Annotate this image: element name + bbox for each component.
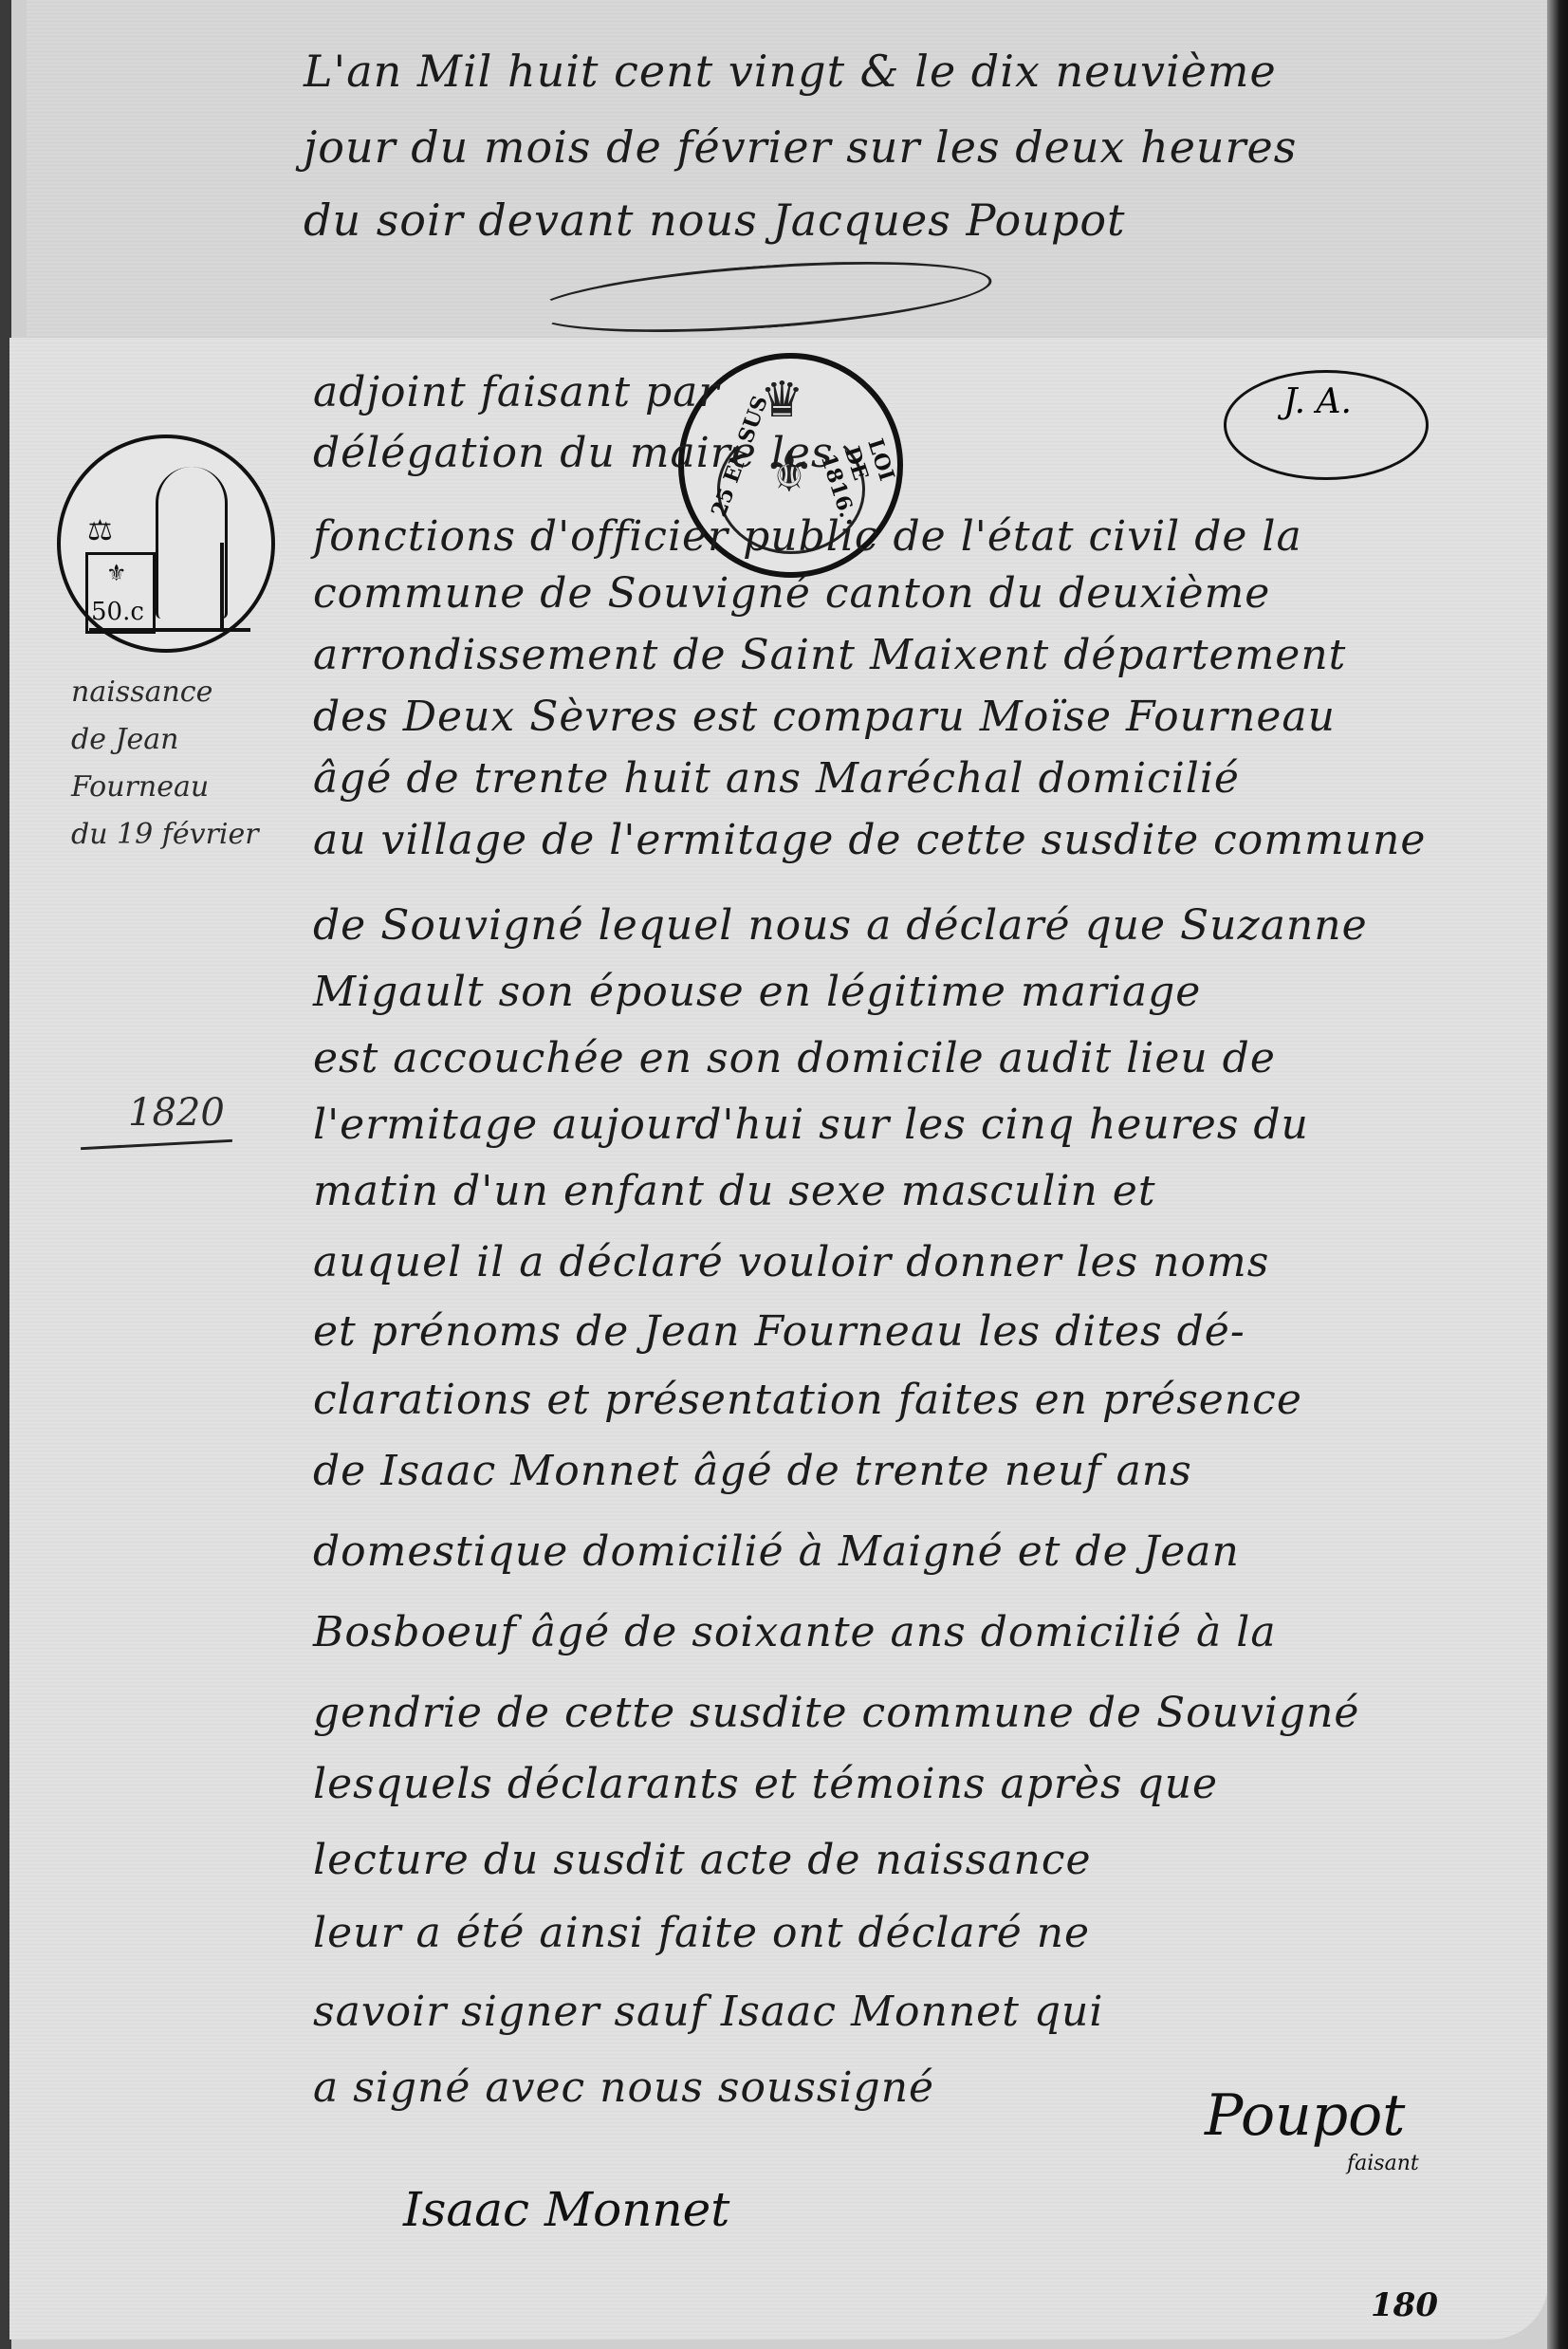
line-12: l'ermitage aujourd'hui sur les cinq heur… [313,1101,1309,1149]
stamp-ground-line [89,628,250,632]
top-line-2: jour du mois de février sur les deux heu… [304,121,1297,173]
line-23: leur a été ainsi faite ont déclaré ne [313,1909,1090,1957]
line-3: fonctions d'officier public de l'état ci… [313,512,1302,561]
line-24: savoir signer sauf Isaac Monnet qui [313,1988,1103,2036]
line-19: Bosboeuf âgé de soixante ans domicilié à… [313,1608,1277,1656]
line-14: auquel il a déclaré vouloir donner les n… [313,1238,1269,1286]
line-8: au village de l'ermitage de cette susdit… [313,816,1426,864]
line-9: de Souvigné lequel nous a déclaré que Su… [313,901,1368,950]
line-7: âgé de trente huit ans Maréchal domicili… [313,754,1240,803]
margin-note-1: naissance [71,675,212,709]
scales-of-justice-icon: ⚖ [87,514,113,547]
line-4: commune de Souvigné canton du deuxième [313,569,1270,618]
justice-figure [156,467,228,619]
fiscal-stamp-50c: ⚜ 50.c ⚖ [57,435,275,653]
margin-note-2: de Jean [71,723,178,756]
signature-poupot: Poupot [1205,2082,1405,2149]
line-22: lecture du susdit acte de naissance [313,1836,1092,1884]
folio-number: 180 [1371,2286,1438,2324]
stamp-value: 50.c [91,598,144,626]
top-line-1: L'an Mil huit cent vingt & le dix neuviè… [304,46,1277,97]
binding-right-edge [1547,0,1568,2349]
top-line-3: du soir devant nous Jacques Poupot [304,194,1126,246]
signature-subscript: faisant [1347,2152,1419,2175]
line-6: des Deux Sèvres est comparu Moïse Fourne… [313,693,1336,741]
line-20: gendrie de cette susdite commune de Souv… [313,1689,1359,1737]
margin-year: 1820 [128,1091,225,1135]
line-18: domestique domicilié à Maigné et de Jean [313,1527,1240,1576]
line-2: délégation du maire les [313,429,834,477]
line-17: de Isaac Monnet âgé de trente neuf ans [313,1447,1192,1495]
marginal-paraph: J. A. [1224,370,1429,480]
line-13: matin d'un enfant du sexe masculin et [313,1167,1156,1215]
line-5: arrondissement de Saint Maixent départem… [313,631,1346,679]
line-25: a signé avec nous soussigné [313,2063,934,2112]
line-16: clarations et présentation faites en pré… [313,1376,1302,1424]
signature-isaac-monnet: Isaac Monnet [403,2182,729,2237]
line-1: adjoint faisant par [313,368,719,416]
line-15: et prénoms de Jean Fourneau les dites dé… [313,1307,1245,1356]
margin-note-4: du 19 février [71,818,259,851]
line-21: lesquels déclarants et témoins après que [313,1760,1218,1808]
paraph-initials: J. A. [1283,382,1352,421]
line-10: Migault son épouse en légitime mariage [313,968,1201,1016]
margin-note-3: Fourneau [71,770,209,804]
fleur-de-lis-icon: ⚜ [106,560,127,586]
line-11: est accouchée en son domicile audit lieu… [313,1034,1276,1082]
sword-icon [220,543,224,628]
